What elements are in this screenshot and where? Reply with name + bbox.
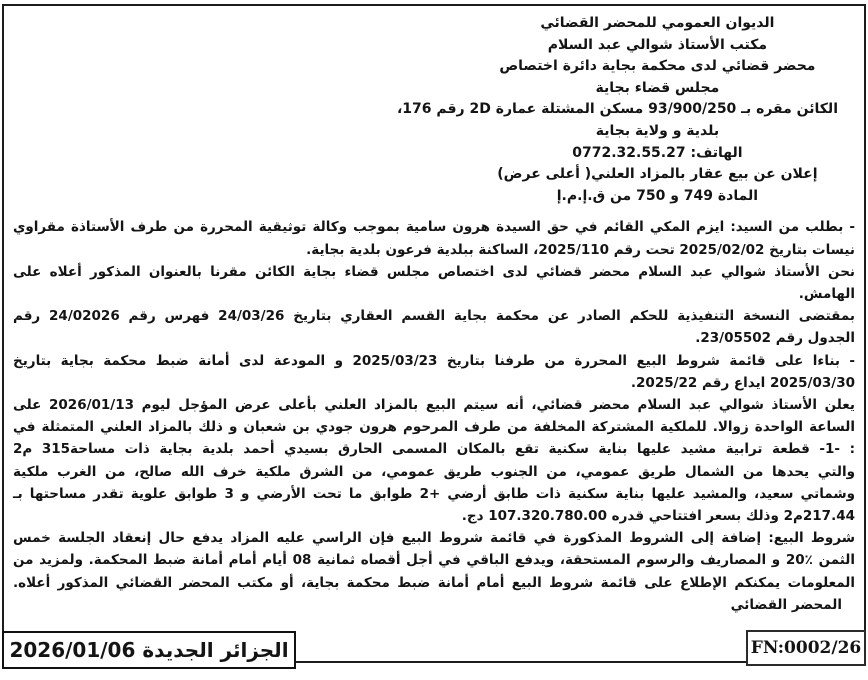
body-line: والتي يحدها من الشمال طريق عمومي، من الج… [13,461,855,483]
body-line: الساعة الواحدة زوالا. للملكية المشتركة ا… [13,416,855,438]
body-line: - بناءا على قائمة شروط البيع المحررة من … [13,350,855,372]
body-line: الهامش. [13,283,855,305]
body-line: شروط البيع: إضافة إلى الشروط المذكورة في… [13,527,855,549]
body-line: الثمن ٪20 و المصاريف والرسوم المستحقة، و… [13,549,855,571]
header-line: إعلان عن بيع عقار بالمزاد العلني( أعلى ع… [477,164,838,186]
body-line: بمقتضى النسخة التنفيذية للحكم الصادر عن … [13,305,855,327]
reference-number-box: FN:0002/26 [746,630,866,666]
body-line: : -1- قطعة ترابية مشيد عليها بناية سكنية… [13,438,855,460]
header-line: بلدية و ولاية بجاية [477,121,838,143]
header-line: الديوان العمومي للمحضر القضائي [477,13,838,35]
reference-number: FN:0002/26 [751,638,861,658]
body-line: 2025/03/30 ايداع رقم 2025/22. [13,372,855,394]
body-line: يعلن الأستاذ شوالي عبد السلام محضر قضائي… [13,394,855,416]
notice-header: الديوان العمومي للمحضر القضائيمكتب الأست… [477,13,838,207]
header-line: مجلس قضاء بجاية [477,78,838,100]
notice-border-frame: الديوان العمومي للمحضر القضائيمكتب الأست… [2,4,866,663]
body-line: 217.44م2 وذلك بسعر افتتاحي قدره 107.320.… [13,505,855,527]
body-line: المعلومات يمكنكم الإطلاع على قائمة شروط … [13,572,855,594]
body-line: - بطلب من السيد: ايزم المكي القائم في حق… [13,216,855,238]
header-line: الهاتف: 0772.32.55.27 [477,143,838,165]
newspaper-name-date: الجزائر الجديدة 2026/01/06 [9,638,288,662]
signature-line: المحضر القضائي [4,594,864,616]
body-line: نيسات بتاريخ 2025/02/02 تحت رقم 2025/110… [13,239,855,261]
header-line: المادة 749 و 750 من ق.إ.م.إ [477,186,838,208]
body-line: نحن الأستاذ شوالي عبد السلام محضر قضائي … [13,261,855,283]
newspaper-name-box: الجزائر الجديدة 2026/01/06 [2,631,296,669]
scanned-notice-page: الديوان العمومي للمحضر القضائيمكتب الأست… [0,0,868,680]
body-line: وشماتي سعيد، والمشيد عليها بناية سكنية ذ… [13,483,855,505]
notice-body: - بطلب من السيد: ايزم المكي القائم في حق… [4,216,864,593]
header-line: مكتب الأستاذ شوالي عبد السلام [477,35,838,57]
header-line: محضر قضائي لدى محكمة بجاية دائرة اختصاص [477,56,838,78]
body-line: الجدول رقم 23/05502. [13,327,855,349]
header-line: الكائن مقره بـ 93/900/250 مسكن المشتلة ع… [477,99,838,121]
